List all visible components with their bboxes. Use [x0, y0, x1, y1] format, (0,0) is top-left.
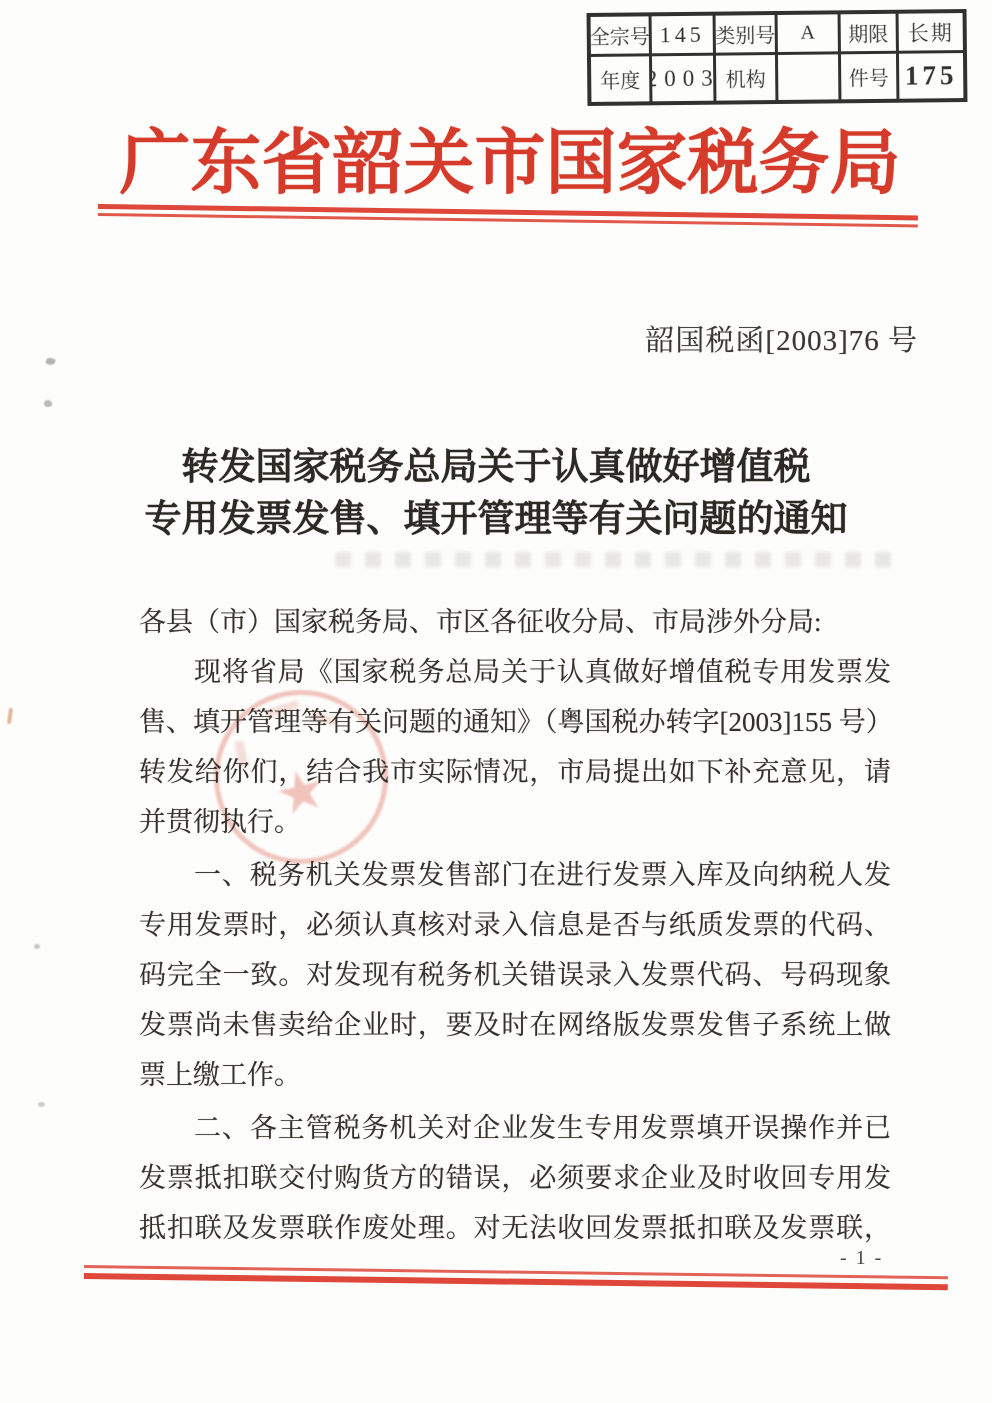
stamp-value-fonds-no: 145 — [649, 16, 713, 54]
stamp-value-organization — [775, 51, 838, 100]
stamp-value-category-no: A — [775, 14, 838, 52]
stamp-value-retention: 长期 — [896, 13, 963, 51]
document-title-line1: 转发国家税务总局关于认真做好增值税 — [0, 442, 992, 494]
body-line: 抵扣联及发票联作废处理。对无法收回发票抵扣联及发票联，或 — [139, 1203, 891, 1253]
body-line: 票上缴工作。 — [139, 1050, 891, 1100]
body-line: 码完全一致。对发现有税务机关错误录入发票代码、号码现象而 — [139, 950, 891, 1000]
scan-speck — [34, 944, 40, 949]
body-line: 现将省局《国家税务总局关于认真做好增值税专用发票发 — [139, 647, 891, 697]
scan-speck — [45, 357, 56, 367]
stamp-label-category-no: 类别号 — [713, 15, 775, 53]
document-title: 转发国家税务总局关于认真做好增值税 专用发票发售、填开管理等有关问题的通知 — [0, 442, 992, 546]
agency-name: 广东省韶关市国家税务局 — [14, 106, 992, 208]
stamp-label-fonds-no: 全宗号 — [591, 16, 649, 54]
body-line: 转发给你们，结合我市实际情况，市局提出如下补充意见，请一 — [139, 747, 891, 797]
page-number: - 1 - — [840, 1247, 883, 1270]
body-line: 发票抵扣联交付购货方的错误，必须要求企业及时收回专用发票 — [139, 1153, 891, 1203]
scan-speck — [7, 708, 13, 724]
scan-speck — [43, 399, 53, 408]
document-title-line2: 专用发票发售、填开管理等有关问题的通知 — [0, 494, 992, 546]
document-number: 韶国税函[2003]76 号 — [645, 318, 918, 359]
stamp-label-year: 年度 — [591, 53, 649, 102]
stamp-label-organization: 机构 — [713, 52, 775, 101]
stamp-value-year: 2003 — [649, 53, 713, 102]
body-line: 并贯彻执行。 — [139, 797, 891, 847]
stamp-label-retention: 期限 — [838, 14, 896, 52]
stamp-value-item-no: 175 — [896, 50, 963, 99]
footer-divider — [84, 1265, 948, 1290]
body-line: 发票尚未售卖给企业时，要及时在网络版发票发售子系统上做发 — [139, 1000, 891, 1050]
archive-stamp: 全宗号 145 类别号 A 期限 长期 年度 2003 机构 件号 175 — [587, 9, 968, 106]
scan-speck — [38, 1102, 45, 1107]
body-line-item-1: 一、税务机关发票发售部门在进行发票入库及向纳税人发售 — [139, 850, 891, 900]
salutation-line: 各县（市）国家税务局、市区各征收分局、市局涉外分局: — [139, 597, 891, 647]
scanned-document-page: 全宗号 145 类别号 A 期限 长期 年度 2003 机构 件号 175 广东… — [0, 0, 992, 1403]
ink-ghosting — [335, 552, 905, 567]
body-line-item-2: 二、各主管税务机关对企业发生专用发票填开误操作并已将 — [139, 1103, 891, 1153]
stamp-label-item-no: 件号 — [838, 51, 896, 100]
body-line: 售、填开管理等有关问题的通知》（粤国税办转字[2003]155 号） — [139, 697, 891, 747]
body-text: 各县（市）国家税务局、市区各征收分局、市局涉外分局: 现将省局《国家税务总局关于… — [139, 597, 891, 1253]
body-line: 专用发票时，必须认真核对录入信息是否与纸质发票的代码、号 — [139, 900, 891, 950]
